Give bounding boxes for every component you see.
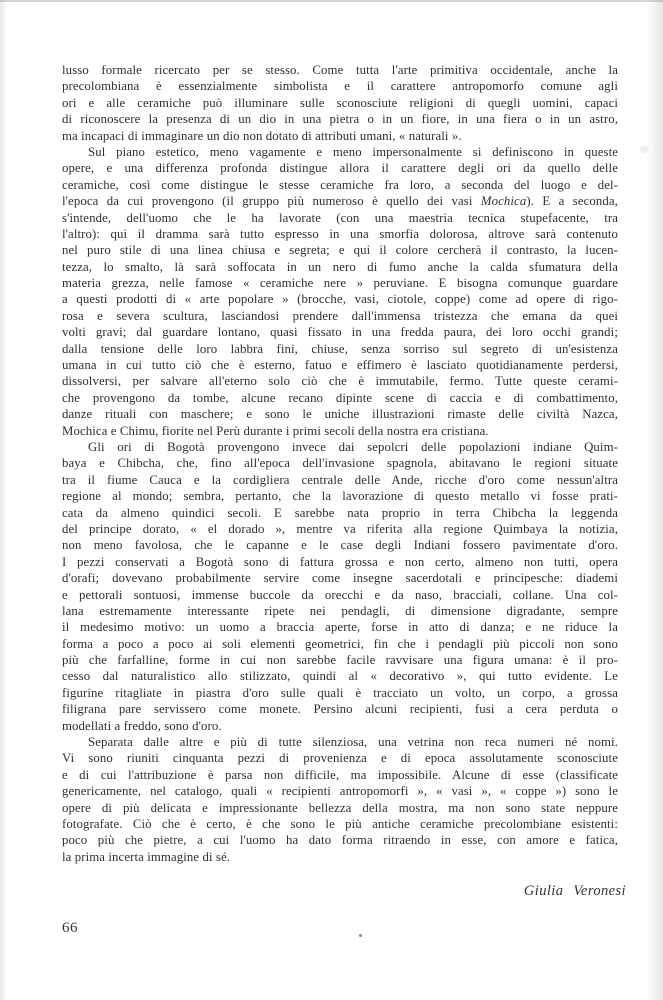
text-line: tra il fiume Cauca e la cordigliera cent… <box>62 472 618 488</box>
text-line: l'altro): qui il dramma sarà tutto espre… <box>62 226 618 242</box>
text-line: precolombiana è essenzialmente simbolist… <box>62 78 618 94</box>
paper-smudge <box>640 146 649 153</box>
text-line: Gli ori di Bogotà provengono invece dai … <box>62 439 618 455</box>
text-line: tezza, lo smalto, là sarà soffocata in u… <box>62 259 618 275</box>
text-line: a questi prodotti di « arte popolare » (… <box>62 291 618 307</box>
text-line: il medesimo motivo: un uomo a braccia ap… <box>62 619 618 635</box>
text-line: di riconoscere la presenza di un dio in … <box>62 111 618 127</box>
text-line: regione al mondo; sembra, pertanto, che … <box>62 488 618 504</box>
text-line: materia grezza, nelle famose « ceramiche… <box>62 275 618 291</box>
text-line: d'orafi; dovevano probabilmente servire … <box>62 570 618 586</box>
page-right-edge-shadow <box>647 0 663 1000</box>
text-line: ceramiche, così come distingue le stesse… <box>62 177 618 193</box>
text-line: baya e Chibcha, che, fino all'epoca dell… <box>62 455 618 471</box>
text-line: fotografate. Ciò che è certo, è che sono… <box>62 816 618 832</box>
text-line: Sul piano estetico, meno vagamente e men… <box>62 144 618 160</box>
book-page: lusso formale ricercato per se stesso. C… <box>0 0 663 1000</box>
text-line: lana estremamente interessante ripete ne… <box>62 603 618 619</box>
text-line: e pettorali sontuosi, immense buccole da… <box>62 587 618 603</box>
page-left-edge-shadow <box>0 0 7 1000</box>
text-line: del principe dorato, « el dorado », ment… <box>62 521 618 537</box>
text-line: s'intende, dell'uomo che le ha lavorate … <box>62 210 618 226</box>
text-line: nel puro stile di una linea chiusa e seg… <box>62 242 618 258</box>
text-line: forma a poco a poco ai soli elementi geo… <box>62 636 618 652</box>
text-line: opere, e una differenza profonda disting… <box>62 160 618 176</box>
text-line: ori e alle ceramiche può illuminare sull… <box>62 95 618 111</box>
text-line: modellati a freddo, sono d'oro. <box>62 718 618 734</box>
page-text: lusso formale ricercato per se stesso. C… <box>62 62 618 865</box>
text-line: l'epoca da cui provengono (il gruppo più… <box>62 193 618 209</box>
author-signature: Giulia Veronesi <box>524 883 626 900</box>
text-line: cesso dal naturalistico allo stilizzato,… <box>62 668 618 684</box>
text-line: Vi sono riuniti cinquanta pezzi di prove… <box>62 750 618 766</box>
text-line: la prima incerta immagine di sé. <box>62 849 618 865</box>
text-line: rosa e severa scultura, lasciandosi pren… <box>62 308 618 324</box>
page-number: 66 <box>62 920 78 937</box>
text-line: poco più che pietre, a cui l'uomo ha dat… <box>62 832 618 848</box>
page-top-edge-shadow <box>0 0 663 2</box>
text-line: dissolversi, per salvare all'eterno solo… <box>62 373 618 389</box>
text-line: non meno favolosa, che le capanne e le c… <box>62 537 618 553</box>
text-line: filigrana pare servissero come monete. P… <box>62 701 618 717</box>
text-line: e di cui l'attribuzione è parsa non diff… <box>62 767 618 783</box>
text-line: I pezzi conservati a Bogotà sono di fatt… <box>62 554 618 570</box>
paper-speck <box>359 934 362 937</box>
text-line: cata da almeno quindici secoli. E sarebb… <box>62 505 618 521</box>
text-line: danze rituali con maschere; e sono le un… <box>62 406 618 422</box>
text-line: genericamente, nel catalogo, quali « rec… <box>62 783 618 799</box>
text-line: Separata dalle altre e più di tutte sile… <box>62 734 618 750</box>
text-line: più che farfalline, forme in cui non sar… <box>62 652 618 668</box>
text-line: opere di più delicata e impressionante b… <box>62 800 618 816</box>
text-line: figurine ritagliate in piastra d'oro sul… <box>62 685 618 701</box>
text-line: Mochica e Chimu, fiorite nel Perù durant… <box>62 423 618 439</box>
text-line: che provengono da tombe, alcune recano d… <box>62 390 618 406</box>
text-line: lusso formale ricercato per se stesso. C… <box>62 62 618 78</box>
text-line: volti gravi; dal guardare lontano, quasi… <box>62 324 618 340</box>
text-line: umana in cui tutto ciò che è esterno, fa… <box>62 357 618 373</box>
text-line: dalla tensione delle loro labbra fini, c… <box>62 341 618 357</box>
text-line: ma incapaci di immaginare un dio non dot… <box>62 128 618 144</box>
